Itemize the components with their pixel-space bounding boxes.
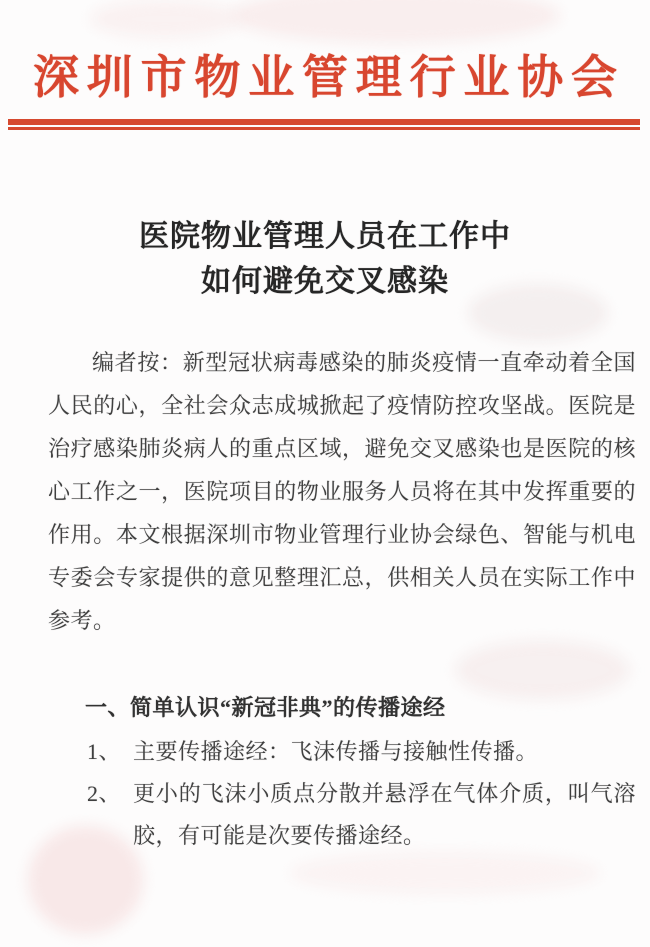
list-item-text: 更小的飞沫小质点分散并悬浮在气体介质，叫气溶 胶，有可能是次要传播途经。: [133, 773, 636, 857]
list-item: 2、 更小的飞沫小质点分散并悬浮在气体介质，叫气溶 胶，有可能是次要传播途经。: [87, 773, 636, 857]
list-item-number: 1、: [87, 731, 133, 773]
document-title-line-1: 医院物业管理人员在工作中: [0, 214, 650, 259]
list-item-line: 更小的飞沫小质点分散并悬浮在气体介质，叫气溶: [133, 773, 636, 815]
letterhead-divider: [8, 119, 640, 130]
paragraph-line: 编者按：新型冠状病毒感染的肺炎疫情一直牵动着全国: [48, 341, 636, 384]
list-item-number: 2、: [87, 773, 133, 815]
list-item: 1、 主要传播途经：飞沫传播与接触性传播。: [87, 731, 636, 773]
paper-smudge: [90, 0, 240, 38]
paper-smudge: [230, 0, 560, 43]
paper-smudge: [290, 852, 600, 894]
paragraph-line: 专委会专家提供的意见整理汇总，供相关人员在实际工作中: [48, 556, 636, 599]
numbered-list: 1、 主要传播途经：飞沫传播与接触性传播。 2、 更小的飞沫小质点分散并悬浮在气…: [87, 731, 636, 857]
editors-note-paragraph: 编者按：新型冠状病毒感染的肺炎疫情一直牵动着全国 人民的心，全社会众志成城掀起了…: [48, 341, 636, 642]
paragraph-line: 参考。: [48, 599, 636, 642]
letterhead-org-name: 深圳市物业管理行业协会: [33, 51, 617, 105]
paragraph-line: 治疗感染肺炎病人的重点区域，避免交叉感染也是医院的核: [48, 427, 636, 470]
document-title-line-2: 如何避免交叉感染: [0, 259, 650, 304]
letterhead-rule-thin: [8, 127, 640, 130]
scanned-document-page: 深圳市物业管理行业协会 医院物业管理人员在工作中 如何避免交叉感染 编者按：新型…: [0, 0, 650, 947]
document-title: 医院物业管理人员在工作中 如何避免交叉感染: [0, 214, 650, 304]
section-heading: 一、简单认识“新冠非典”的传播途经: [85, 687, 630, 729]
list-item-line: 胶，有可能是次要传播途经。: [133, 815, 636, 857]
paragraph-line: 作用。本文根据深圳市物业管理行业协会绿色、智能与机电: [48, 513, 636, 556]
paragraph-line: 人民的心，全社会众志成城掀起了疫情防控攻坚战。医院是: [48, 384, 636, 427]
list-item-line: 主要传播途经：飞沫传播与接触性传播。: [133, 731, 636, 773]
paragraph-line: 心工作之一，医院项目的物业服务人员将在其中发挥重要的: [48, 470, 636, 513]
list-item-text: 主要传播途经：飞沫传播与接触性传播。: [133, 731, 636, 773]
